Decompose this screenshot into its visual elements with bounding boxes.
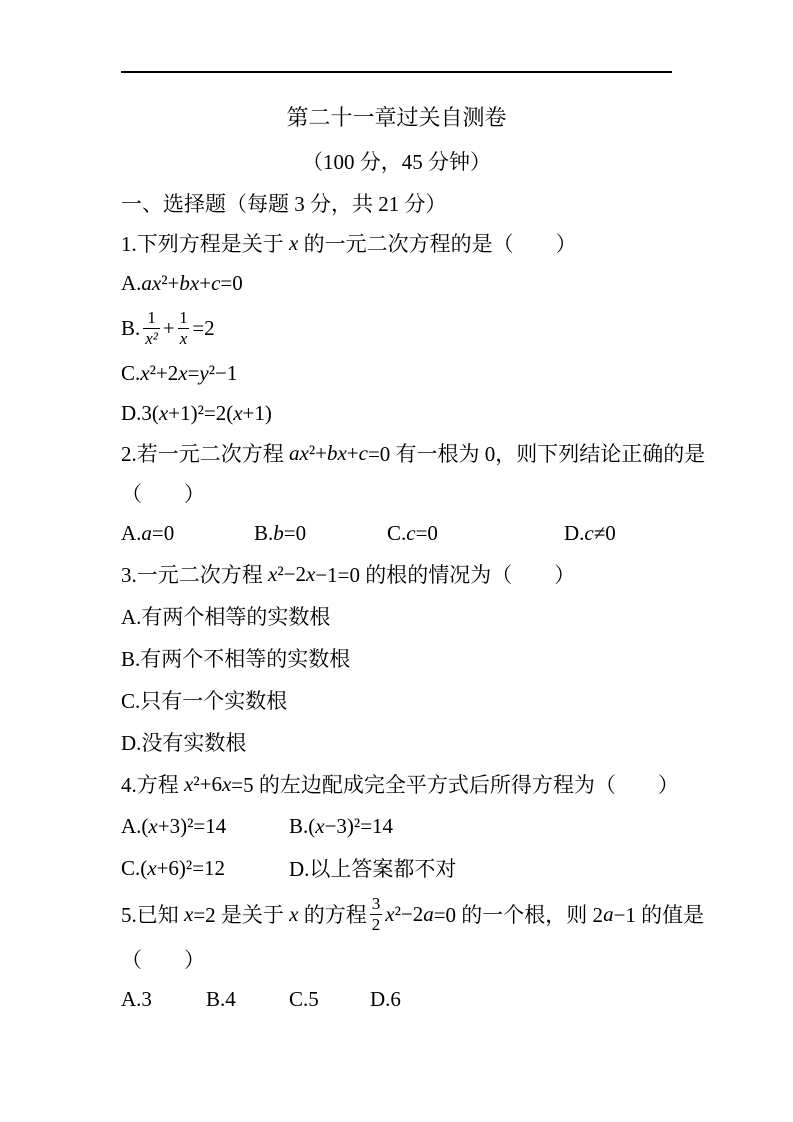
fraction: 32 bbox=[370, 894, 383, 935]
q4-stem: 4.方程 x²+6x=5 的左边配成完全平方式后所得方程为（ ） bbox=[121, 763, 672, 805]
text-run: 3.一元二次方程 bbox=[121, 559, 268, 589]
text-run: A.3 bbox=[121, 987, 152, 1011]
text-run: B.有两个不相等的实数根 bbox=[121, 643, 350, 673]
text-run: ²−2 bbox=[277, 562, 306, 587]
math-var: x bbox=[385, 902, 394, 927]
math-var: c bbox=[359, 441, 368, 466]
text-run: B.4 bbox=[206, 987, 236, 1011]
section-heading-text: 一、选择题（每题 3 分，共 21 分） bbox=[121, 188, 447, 218]
text-run: A. bbox=[121, 521, 141, 545]
document-page: 第二十一章过关自测卷 （100 分，45 分钟） 一、选择题（每题 3 分，共 … bbox=[0, 0, 793, 1122]
math-var: bx bbox=[327, 441, 347, 466]
math-var: bx bbox=[179, 271, 199, 296]
q5-option-c: C.5 bbox=[289, 987, 370, 1012]
section-heading: 一、选择题（每题 3 分，共 21 分） bbox=[121, 183, 672, 223]
text-run: C.( bbox=[121, 856, 147, 880]
q2-option-b: B.b=0 bbox=[254, 521, 387, 546]
text-run: −1=0 的根的情况为（ ） bbox=[315, 559, 575, 589]
math-var: x bbox=[184, 772, 193, 797]
text-run: =0 bbox=[284, 521, 306, 545]
math-var: a bbox=[141, 521, 152, 545]
math-var: y bbox=[199, 361, 208, 386]
q4-option-c: C.(x+6)²=12 bbox=[121, 856, 289, 881]
text-run: A.( bbox=[121, 814, 148, 838]
math-operator: + bbox=[163, 316, 175, 341]
q2-option-a: A.a=0 bbox=[121, 521, 254, 546]
q1-option-a: A.ax²+bx+c=0 bbox=[121, 263, 672, 303]
q5-option-a: A.3 bbox=[121, 987, 206, 1012]
math-var: x bbox=[222, 772, 231, 797]
q3-option-c: C.只有一个实数根 bbox=[121, 679, 672, 721]
text-run: + bbox=[199, 271, 211, 296]
q3-option-b: B.有两个不相等的实数根 bbox=[121, 637, 672, 679]
math-var: a bbox=[603, 902, 614, 927]
math-var: x bbox=[178, 361, 187, 386]
q5-options-row: A.3 B.4 C.5 D.6 bbox=[121, 979, 672, 1019]
math-var: a bbox=[423, 902, 434, 927]
q2-option-c: C.c=0 bbox=[387, 521, 564, 546]
q5-option-b: B.4 bbox=[206, 987, 289, 1012]
fraction: 1x² bbox=[143, 308, 160, 349]
text-run: +1)²=2( bbox=[168, 401, 233, 426]
q2-option-d: D.c≠0 bbox=[564, 521, 616, 546]
q1-option-d: D.3(x+1)²=2(x+1) bbox=[121, 393, 672, 433]
q3-stem: 3.一元二次方程 x²−2x−1=0 的根的情况为（ ） bbox=[121, 553, 672, 595]
text-run: =0 有一根为 0，则下列结论正确的是 bbox=[368, 438, 705, 468]
text-run: C.5 bbox=[289, 987, 319, 1011]
math-var: x bbox=[289, 231, 298, 256]
text-run: 4.方程 bbox=[121, 769, 184, 799]
math-var: x bbox=[148, 814, 157, 838]
answer-blank-parens: （ ） bbox=[121, 478, 205, 508]
math-var: c bbox=[406, 521, 415, 545]
header-rule bbox=[121, 71, 672, 73]
text-run: B. bbox=[254, 521, 273, 545]
text-run: D.没有实数根 bbox=[121, 727, 246, 757]
math-var: x bbox=[147, 856, 156, 880]
q1-option-b: B.1x²+1x=2 bbox=[121, 303, 672, 353]
math-var: x bbox=[306, 562, 315, 587]
q1-option-c: C.x²+2x=y²−1 bbox=[121, 353, 672, 393]
text-run: ²+ bbox=[161, 271, 179, 296]
fraction-denominator: x bbox=[178, 328, 190, 349]
text-run: D.3( bbox=[121, 401, 159, 426]
text-run: −3)²=14 bbox=[325, 814, 393, 838]
text-run: =0 bbox=[152, 521, 174, 545]
q2-options-row: A.a=0 B.b=0 C.c=0 D.c≠0 bbox=[121, 513, 672, 553]
text-run: D. bbox=[564, 521, 584, 545]
text-run: =2 是关于 bbox=[193, 899, 289, 929]
text-run: D.6 bbox=[370, 987, 401, 1011]
fraction-denominator: x² bbox=[143, 328, 160, 349]
math-var: x bbox=[233, 401, 242, 426]
text-run: 2.若一元二次方程 bbox=[121, 438, 289, 468]
text-run: A. bbox=[121, 271, 141, 296]
q5-stem-line1: 5.已知 x=2 是关于 x 的方程32x²−2a=0 的一个根，则 2a−1 … bbox=[121, 889, 672, 939]
text-run: +1) bbox=[243, 401, 272, 426]
math-var: ax bbox=[289, 441, 309, 466]
text-run: =0 bbox=[220, 271, 242, 296]
fraction-numerator: 3 bbox=[372, 894, 381, 914]
q3-option-d: D.没有实数根 bbox=[121, 721, 672, 763]
math-var: x bbox=[140, 361, 149, 386]
exam-meta: （100 分，45 分钟） bbox=[121, 138, 672, 183]
exam-meta-text: （100 分，45 分钟） bbox=[302, 146, 491, 176]
text-run: B. bbox=[121, 316, 140, 341]
answer-blank-parens: （ ） bbox=[121, 944, 205, 974]
math-var: x bbox=[289, 902, 298, 927]
q4-option-a: A.(x+3)²=14 bbox=[121, 814, 289, 839]
text-run: 5.已知 bbox=[121, 899, 184, 929]
text-run: 的方程 bbox=[299, 899, 367, 929]
q2-stem-line1: 2.若一元二次方程 ax²+bx+c=0 有一根为 0，则下列结论正确的是 bbox=[121, 433, 672, 473]
text-run: = bbox=[188, 361, 200, 386]
fraction-numerator: 1 bbox=[147, 308, 156, 328]
fraction: 1x bbox=[178, 308, 190, 349]
text-run: C. bbox=[387, 521, 406, 545]
math-var: c bbox=[584, 521, 593, 545]
document-content: 第二十一章过关自测卷 （100 分，45 分钟） 一、选择题（每题 3 分，共 … bbox=[121, 94, 672, 1019]
math-var: ax bbox=[141, 271, 161, 296]
text-run: 1.下列方程是关于 bbox=[121, 228, 289, 258]
math-var: c bbox=[211, 271, 220, 296]
q5-stem-line2: （ ） bbox=[121, 939, 672, 979]
text-run: ²−1 bbox=[209, 361, 238, 386]
page-title: 第二十一章过关自测卷 bbox=[121, 94, 672, 138]
text-run: 的一元二次方程的是（ ） bbox=[298, 228, 576, 258]
math-var: b bbox=[273, 521, 284, 545]
text-run: + bbox=[347, 441, 359, 466]
q4-option-d: D.以上答案都不对 bbox=[289, 853, 456, 883]
text-run: −1 的值是 bbox=[614, 899, 705, 929]
text-run: A.有两个相等的实数根 bbox=[121, 601, 330, 631]
text-run: ²+2 bbox=[150, 361, 179, 386]
text-run: +6)²=12 bbox=[157, 856, 225, 880]
math-var: x bbox=[184, 902, 193, 927]
text-run: =5 的左边配成完全平方式后所得方程为（ ） bbox=[231, 769, 679, 799]
q2-stem-line2: （ ） bbox=[121, 473, 672, 513]
text-run: C.只有一个实数根 bbox=[121, 685, 287, 715]
q1-stem: 1.下列方程是关于 x 的一元二次方程的是（ ） bbox=[121, 223, 672, 263]
text-run: ²+6 bbox=[193, 772, 222, 797]
text-run: C. bbox=[121, 361, 140, 386]
q4-options-row1: A.(x+3)²=14 B.(x−3)²=14 bbox=[121, 805, 672, 847]
text-run: =0 bbox=[416, 521, 438, 545]
title-text: 第二十一章过关自测卷 bbox=[286, 101, 506, 132]
fraction-numerator: 1 bbox=[179, 308, 188, 328]
math-var: x bbox=[268, 562, 277, 587]
fraction-denominator: 2 bbox=[370, 914, 383, 935]
q5-option-d: D.6 bbox=[370, 987, 401, 1012]
math-var: x bbox=[315, 814, 324, 838]
text-run: =2 bbox=[192, 316, 214, 341]
q4-options-row2: C.(x+6)²=12 D.以上答案都不对 bbox=[121, 847, 672, 889]
q3-option-a: A.有两个相等的实数根 bbox=[121, 595, 672, 637]
text-run: ²+ bbox=[309, 441, 327, 466]
text-run: D.以上答案都不对 bbox=[289, 857, 456, 881]
text-run: ²−2 bbox=[395, 902, 424, 927]
math-var: x bbox=[159, 401, 168, 426]
q4-option-b: B.(x−3)²=14 bbox=[289, 814, 393, 839]
text-run: ≠0 bbox=[594, 521, 616, 545]
text-run: =0 的一个根，则 2 bbox=[434, 899, 603, 929]
text-run: +3)²=14 bbox=[158, 814, 226, 838]
text-run: B.( bbox=[289, 814, 315, 838]
